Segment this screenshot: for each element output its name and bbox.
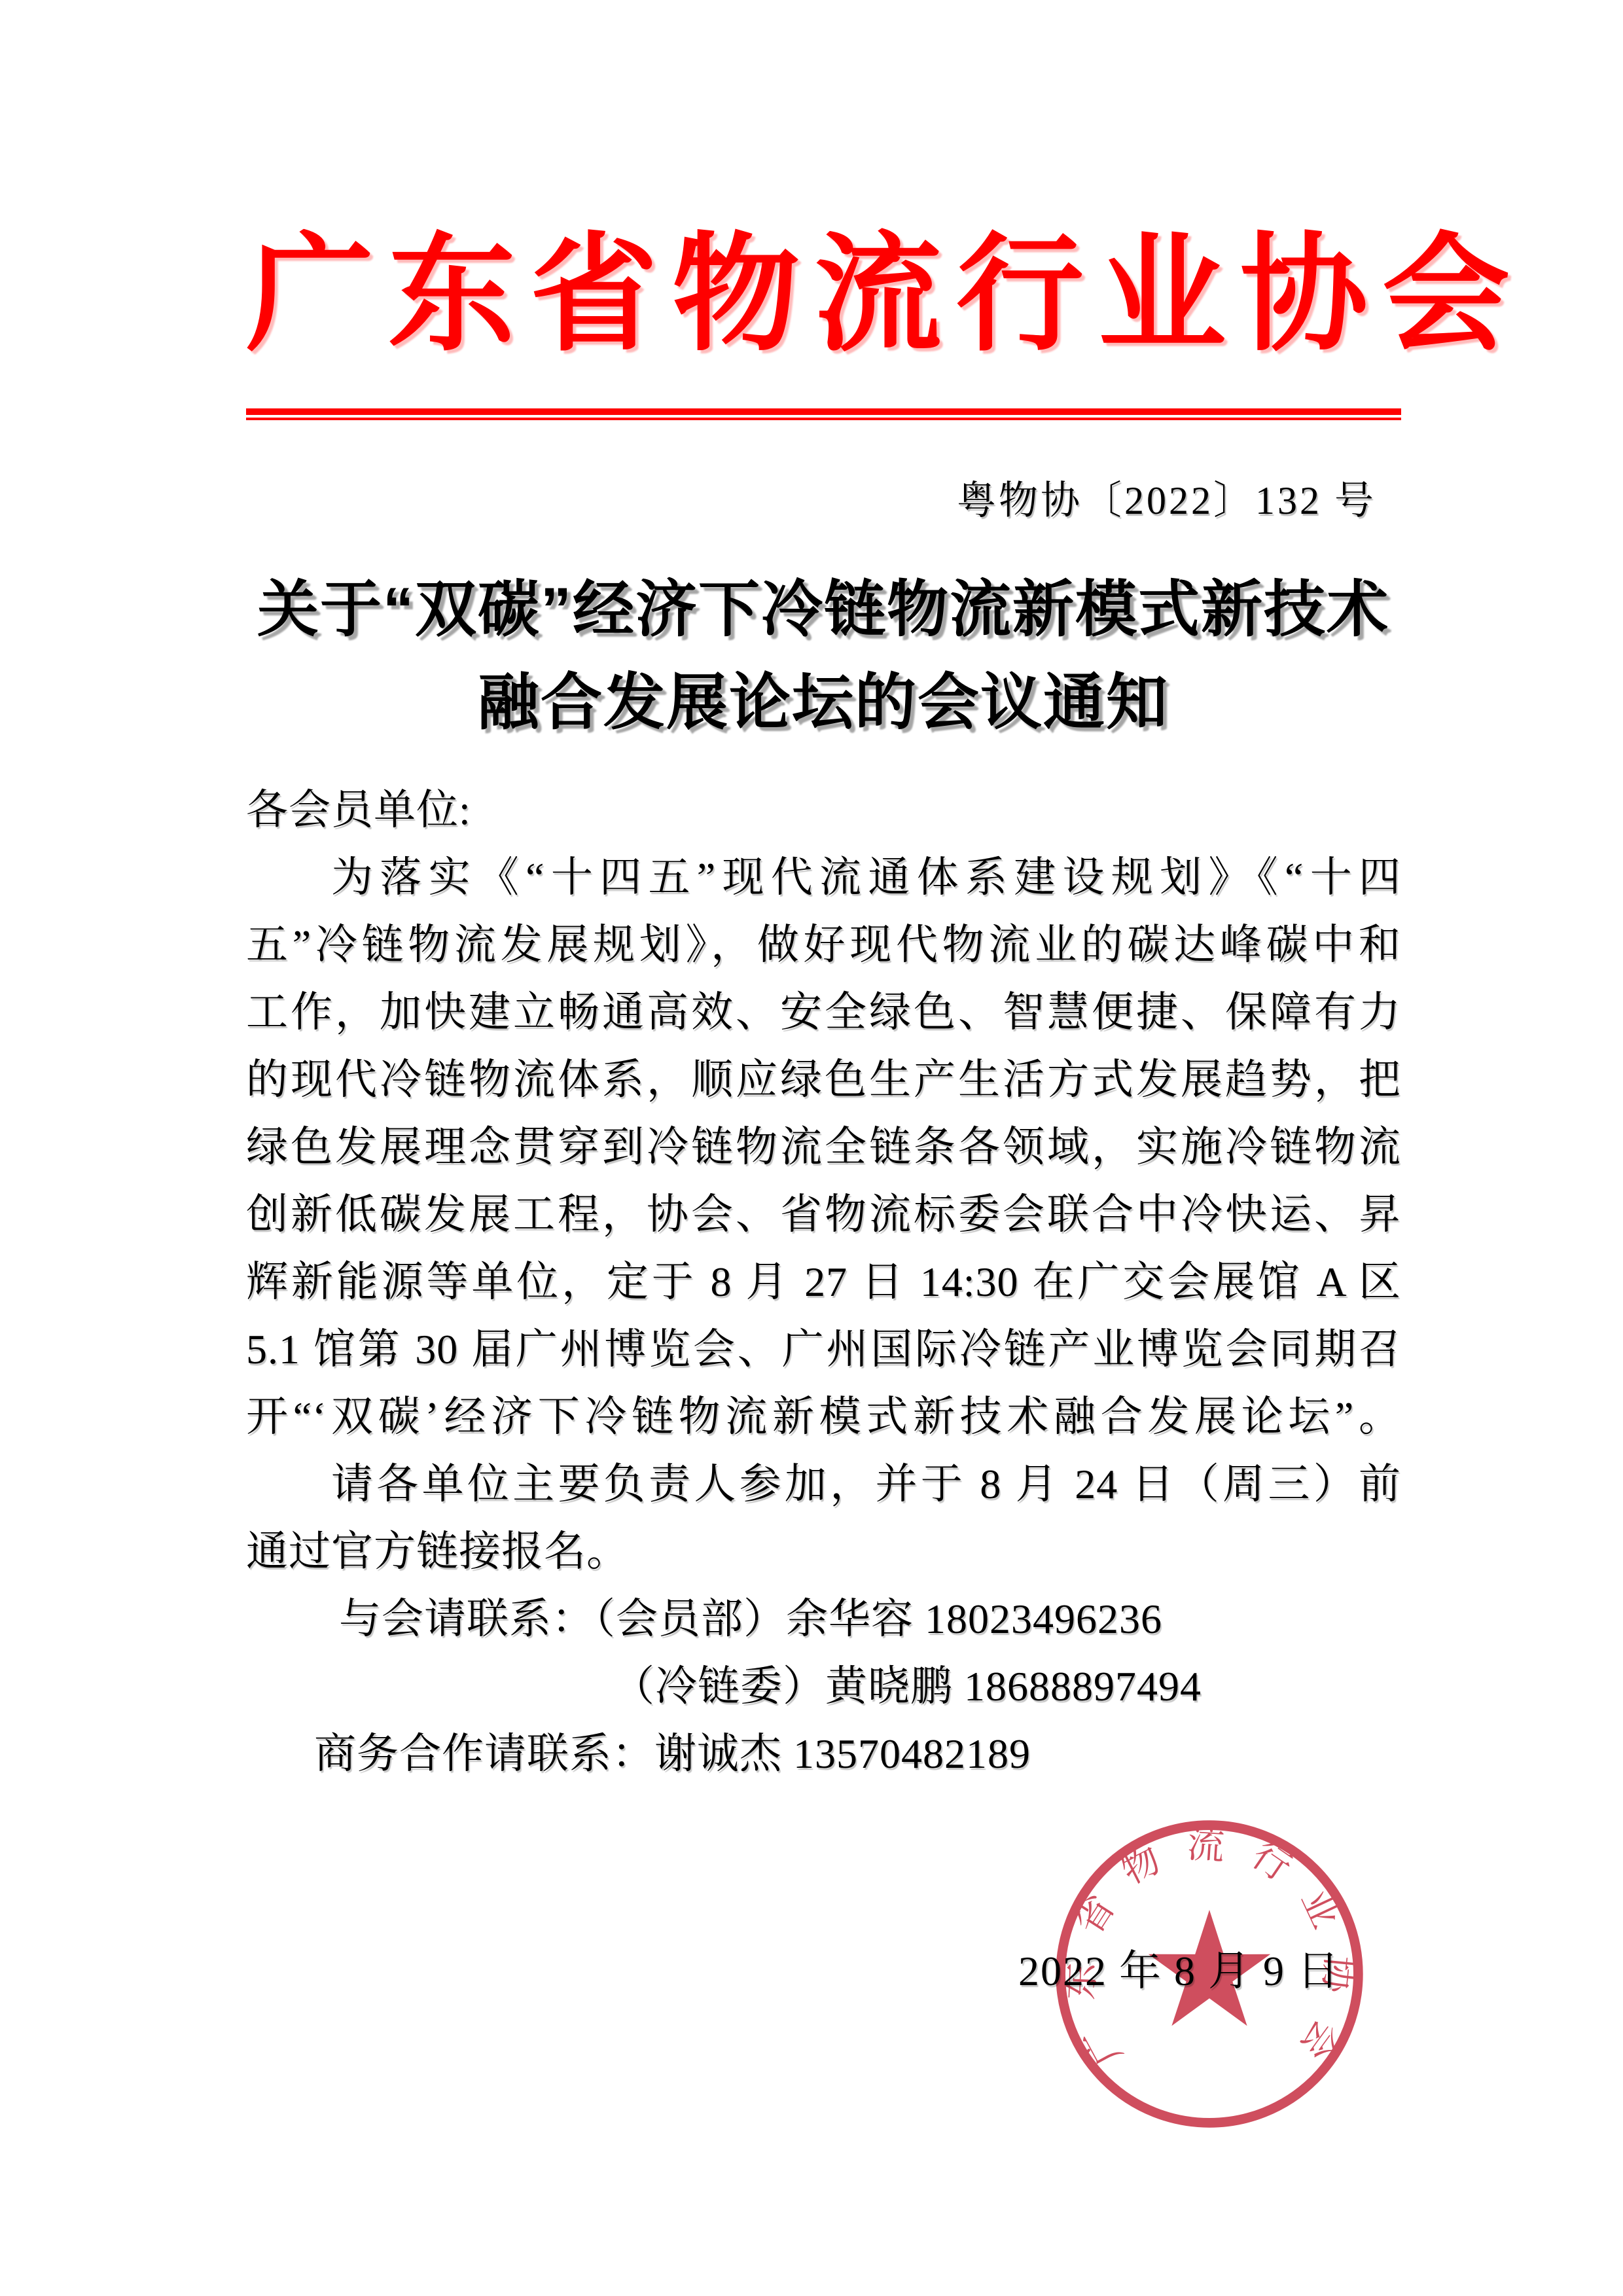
doc-number-text: 粤物协〔2022〕132 号 <box>957 479 1401 522</box>
body-line: 开“‘双碳’经济下冷链物流新模式新技术融合发展论坛”。 <box>246 1383 1401 1450</box>
doc-title-line1: 关于“双碳”经济下冷链物流新模式新技术 <box>164 563 1483 656</box>
contact-line: （冷链委）黄晓鹏 18688897494 <box>246 1653 1401 1720</box>
salutation: 各会员单位: <box>246 776 1401 844</box>
contact-line: 与会请联系：（会员部）余华容 18023496236 <box>246 1585 1401 1653</box>
doc-number: 粤物协〔2022〕132 号 <box>246 476 1401 525</box>
letterhead-org-title: 广东省物流行业协会 <box>246 217 1400 374</box>
red-rule-thick <box>246 408 1401 415</box>
document-page: 广东省物流行业协会 粤物协〔2022〕132 号 关于“双碳”经济下冷链物流新模… <box>0 0 1623 2296</box>
body-line: 请各单位主要负责人参加，并于 8 月 24 日（周三）前 <box>246 1450 1401 1518</box>
body-line: 工作，加快建立畅通高效、安全绿色、智慧便捷、保障有力 <box>246 978 1401 1046</box>
body-line: 辉新能源等单位，定于 8 月 27 日 14:30 在广交会展馆 A 区 <box>246 1248 1401 1316</box>
red-rule-thin <box>246 418 1401 420</box>
body-line: 绿色发展理念贯穿到冷链物流全链条各领域，实施冷链物流 <box>246 1113 1401 1181</box>
issue-date: 2022 年 8 月 9 日 <box>1018 1940 1340 2003</box>
body-line: 通过官方链接报名。 <box>246 1518 1401 1585</box>
body-line: 五”冷链物流发展规划》，做好现代物流业的碳达峰碳中和 <box>246 911 1401 978</box>
doc-title: 关于“双碳”经济下冷链物流新模式新技术 融合发展论坛的会议通知 <box>164 563 1483 749</box>
body-text: 各会员单位: 为落实《“十四五”现代流通体系建设规划》《“十四 五”冷链物流发展… <box>246 776 1401 1787</box>
body-line: 为落实《“十四五”现代流通体系建设规划》《“十四 <box>246 844 1401 911</box>
body-line: 的现代冷链物流体系，顺应绿色生产生活方式发展趋势，把 <box>246 1046 1401 1113</box>
body-line: 5.1 馆第 30 届广州博览会、广州国际冷链产业博览会同期召 <box>246 1316 1401 1383</box>
body-line: 创新低碳发展工程，协会、省物流标委会联合中冷快运、昇 <box>246 1181 1401 1248</box>
doc-title-line2: 融合发展论坛的会议通知 <box>164 656 1483 749</box>
contact-line: 商务合作请联系：谢诚杰 13570482189 <box>246 1720 1401 1787</box>
